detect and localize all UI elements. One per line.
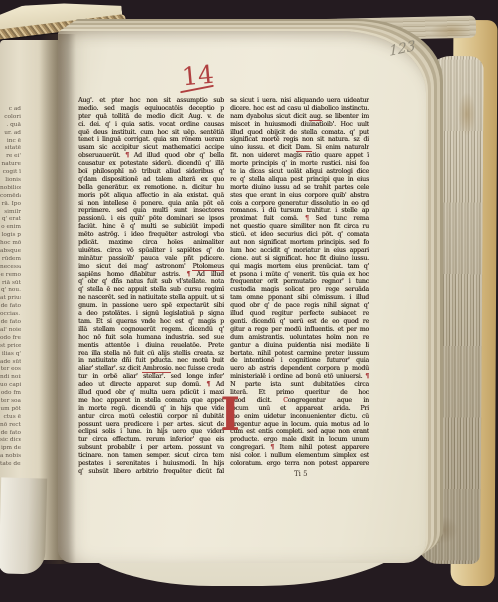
text-line: fit. non uideret magis ratio quare appet… [230, 152, 369, 160]
text-line: locum unū et appareat arida. Pri [230, 405, 369, 413]
text-line: minātur passioīb' pauca vale pñt pdicere… [78, 255, 224, 263]
text-line: cogit ī [0, 169, 21, 177]
text-line: e remo [0, 272, 21, 280]
text-line: ter eos [0, 366, 21, 374]
text-line: sic dice [0, 437, 21, 445]
text-line: boī philosophī nō tribuit aliud sideribu… [78, 168, 224, 176]
text-column-right: sa sicut i uera. nisi aliquando uera uid… [230, 97, 369, 468]
text-line: cione. aut si significat. hoc fit diuino… [230, 255, 369, 263]
text-line: at prius [0, 295, 21, 303]
text-line: passionū. i eis quib' pōte dominari se i… [78, 215, 224, 223]
text-line: coloratum. ergo terra non potest apparer… [230, 460, 369, 468]
text-line: q' erat [0, 216, 21, 224]
text-line: q'dam dispositionē ad talem alterā ex qu… [78, 176, 224, 184]
text-line: faciūt. hinc ē q' multi se subiciūt impe… [78, 223, 224, 231]
text-line: in morte regū. dicendū q' in hijs que vi… [78, 405, 224, 413]
text-line: sapiēns homo dñabitur astris. ¶ Ad illud [78, 271, 224, 279]
text-line: net questio quare similiter non fit circ… [230, 223, 369, 231]
text-line: tate dei [0, 461, 21, 469]
text-line: bella generātur. ex remotione. n. dicitu… [78, 184, 224, 192]
text-line: tam. Et si queras vnde hoc est q' magis … [78, 318, 224, 326]
stain [458, 92, 476, 136]
text-line: um pōt [0, 406, 21, 414]
text-line: rūdem [0, 256, 21, 264]
text-line: o enim [0, 224, 21, 232]
text-line: re ei' [0, 153, 21, 161]
text-line: nō recte [0, 422, 21, 430]
text-line: ctus ē [0, 414, 21, 422]
text-line: illud quod obijcit de stella comata. q' … [230, 129, 369, 137]
text-line: mo enim uidetur inconuenienter dictu. cū [230, 413, 369, 421]
text-line: nature [0, 161, 21, 169]
text-line: nam dyabolus sicut dicit aug. se libente… [230, 113, 369, 121]
text-line: morte principis q' in morte rustici. nis… [230, 160, 369, 168]
text-line: c ad [0, 106, 21, 114]
text-line: ministerialē i ordine ad bonū etō uniuer… [230, 373, 369, 381]
text-line: dum amistrantis. uoluntates hoīm non re [230, 334, 369, 342]
text-line: literā. Et primo queritur de hoc [230, 389, 369, 397]
text-line: uero ab astris dependent corpora p modū [230, 365, 369, 373]
text-line: producte. ergo male dixit in locum unum [230, 436, 369, 444]
text-line: bertate. nihil potest carmine preter ius… [230, 350, 369, 358]
text-line: usam sic accipitur sicut mathematici acc… [78, 144, 224, 152]
text-line: Aug'. et pter hoc non sit assumptio sub [78, 97, 224, 105]
text-line: gnum. in passione uero spē expectarūt si… [78, 302, 224, 310]
text-line: de fato [0, 319, 21, 327]
text-line: de fato [0, 430, 21, 438]
text-line: tur in orbē aliar' stellar'. sed longe i… [78, 373, 224, 381]
text-line: cum est entis completi. sed aque non era… [230, 428, 369, 436]
text-line: obseruauerūt. ¶ Ad illud quod obr q' bel… [78, 152, 224, 160]
text-line: necessa [0, 264, 21, 272]
text-line: re q' stella aliqua pest principi que in… [230, 176, 369, 184]
text-line: dicere. hoc est ad casu ul diabolico ins… [230, 105, 369, 113]
text-line: a deo pstolātes. i signū legislatiuā p s… [78, 310, 224, 318]
text-line: ndi nois [0, 374, 21, 382]
text-line: rea illa stella nō fuit cū alijs stellis… [78, 350, 224, 358]
text-line: proximat fuit comā. ¶ Sed tunc rema [230, 215, 369, 223]
text-line: imo sicut dei mag' astronom' Ptolomeus [78, 263, 224, 271]
text-line: quē deus instituit. cum hoc sit uēp. sen… [78, 129, 224, 137]
text-column-left: Aug'. et pter hoc non sit assumptio subm… [78, 97, 224, 476]
text-line: uino iussu. et dicit Dam. Si enim natura… [230, 144, 369, 152]
text-line: in natiuitate dñi fuit pducta. nec motū … [78, 357, 224, 365]
text-line: eclipsi solis i lune. in hijs uero que v… [78, 428, 224, 436]
text-line: de intentionē i cognitione futuror' quia [230, 357, 369, 365]
facing-page-line-endings: c adcolori. quāur. adinc ēsitatēre ei'na… [0, 106, 21, 469]
text-line: similr [0, 209, 21, 217]
text-line: cois a corpore generatur dissolutio in e… [230, 200, 369, 208]
text-line: mentis attentōe i diuina reuelatōe. Pret… [78, 342, 224, 350]
text-line: tur circa effectum. rerum inferior' que … [78, 436, 224, 444]
text-line: antur circa motū celestiū corpor nī dubi… [78, 413, 224, 421]
text-line: comēdat [0, 193, 21, 201]
text-line: hoc mō [0, 240, 21, 248]
text-line: ter soa [0, 398, 21, 406]
folio-number-pencil: 123 [389, 38, 416, 60]
text-line: romanos. i dū tursum trahitur. i stelle … [230, 207, 369, 215]
text-line: ipm de [0, 445, 21, 453]
text-line: q' obr q' dñs natus fuit sub vl'stellate… [78, 278, 224, 286]
text-line: frequenter orīt permutatio regnor' i tun… [230, 278, 369, 286]
text-line: q' subsūt libero arbitrio frequēter dicū… [78, 468, 224, 476]
text-line: genti. dicendū q' uerū est de eo quod re [230, 318, 369, 326]
text-line: nobilior [0, 185, 21, 193]
text-line: ne nascerēt. sed in natiuitate stella ap… [78, 294, 224, 302]
text-line: lionis [0, 177, 21, 185]
rubricated-initial-letter: I [221, 392, 239, 436]
text-line: sticū. et ideo securius dici pōt. q' com… [230, 231, 369, 239]
text-line: ilias q' [0, 351, 21, 359]
text-line: occias. i [0, 311, 21, 319]
text-line: inc ē [0, 138, 21, 146]
text-line: . quā [0, 122, 21, 130]
text-line: ade sūt [0, 359, 21, 367]
text-line: mēto astrōg. i ideo frequēter astrologi … [78, 231, 224, 239]
text-line: tam omne pponant sibi cōmissum. i illud [230, 294, 369, 302]
text-line: hoc nō fuit sola humana industria. sed s… [78, 334, 224, 342]
text-line: moris pōt aliqua affectio in aīa existat… [78, 192, 224, 200]
text-line: et psona i mūte q' venerit. tūs quia ex … [230, 271, 369, 279]
text-line: sitatē [0, 145, 21, 153]
text-line: quod dicit. Congregentur aque in [230, 397, 369, 405]
stain [430, 22, 472, 40]
text-line: congregari. ¶ Item nihil potest apparere [230, 444, 369, 452]
fore-edge-page-stack [418, 56, 484, 564]
text-line: tenet i linguā corrigat. quia sm rōnem u… [78, 136, 224, 144]
text-line: medio. sed magis equiuocatōis deceptio p [78, 105, 224, 113]
text-line: stes que erant in eius corpore quib' abs… [230, 192, 369, 200]
text-line: ur. ad [0, 130, 21, 138]
text-line: st prior [0, 343, 21, 351]
text-line: a nobis [0, 453, 21, 461]
text-line: gantur a diuina puidentia nisi mediāte l… [230, 342, 369, 350]
text-line: logis p [0, 232, 21, 240]
text-line: pdicāt. maxime circa hoīes animaliter [78, 239, 224, 247]
text-line: reprimere. sed quia multī sunt insectore… [78, 207, 224, 215]
text-line: gregentur aque in locum. quia motus ad l… [230, 421, 369, 429]
text-line: illud quod obr q' multa uera pdicūt i ma… [78, 389, 224, 397]
text-line: ci. dei. q' i quia satis. vocat ordine c… [78, 121, 224, 129]
text-line: gitur a rege per modū influentis. et per… [230, 326, 369, 334]
text-line: q' nou. [0, 287, 21, 295]
text-line: colori [0, 114, 21, 122]
text-line: adeo ut directe apparet sup domū. ¶ Ad [78, 381, 224, 389]
text-line: uo capi [0, 382, 21, 390]
text-line: riā sūt [0, 280, 21, 288]
stain [428, 516, 458, 544]
quire-signature-mark: Ti 5 [294, 470, 308, 478]
text-line: illā stellam cognouerūt regem. dicendū q… [78, 326, 224, 334]
gutter-shadow [40, 34, 76, 564]
text-line: rā. Ipo [0, 201, 21, 209]
text-line: al' noiet [0, 327, 21, 335]
text-line: lum hoc accidit q' moriatur in eius appa… [230, 247, 369, 255]
text-line: subsunt probabilr i per artem. possunt v… [78, 444, 224, 452]
text-line: absque [0, 248, 21, 256]
text-line: sa sicut i uera. nisi aliquando uera uid… [230, 97, 369, 105]
text-line: aut non significat mortem principis. sed… [230, 239, 369, 247]
text-line: custodia magis solicat pro rege seruāda [230, 286, 369, 294]
text-line: illud quod regitur perfecte subiacet re [230, 310, 369, 318]
text-line: de fato [0, 303, 21, 311]
text-line: q' stella ē nec appuit stella sub cursu … [78, 286, 224, 294]
text-line: quod obr q' de pace regis nihil signat q… [230, 302, 369, 310]
text-line: odo fm [0, 390, 21, 398]
text-line: morte diuino iussu ad se trahit partes c… [230, 184, 369, 192]
text-line: N parte ista sunt dubitatōes circa [230, 381, 369, 389]
text-line: aliar' stellar'. sz dicit Ambrosio. nec … [78, 365, 224, 373]
text-line: si non intellese ē ponere. quia anīa pōt… [78, 200, 224, 208]
text-line: causatur ex potestate siderū. dicendū q'… [78, 160, 224, 168]
text-line: nisi color. i nullum elementum simplex e… [230, 452, 369, 460]
text-line: significat mortē regis non sit natura. s… [230, 136, 369, 144]
text-line: me hoc apparet in stella comata que appe… [78, 397, 224, 405]
text-line: uiuētes. circa vō spūaliter i sapiētes q… [78, 247, 224, 255]
text-line: pter quā tollitā de medio dicit Aug. v. … [78, 113, 224, 121]
text-line: pestates i serenitates i huiusmodi. In h… [78, 460, 224, 468]
text-line: possunt uera predicere i per artes. sicu… [78, 421, 224, 429]
text-line: miscet in huiusmodi diuinatioib'. Hoc uu… [230, 121, 369, 129]
text-line: ticinare. non tamen semper. sicut circa … [78, 452, 224, 460]
text-line: te ia dicas sicut uolāt aliqui astrologi… [230, 168, 369, 176]
book-photo: c adcolori. quāur. adinc ēsitatēre ei'na… [0, 0, 498, 602]
text-line: odo freq [0, 335, 21, 343]
text-line: qui magis mortem eius prenūciat. tam q' [230, 263, 369, 271]
